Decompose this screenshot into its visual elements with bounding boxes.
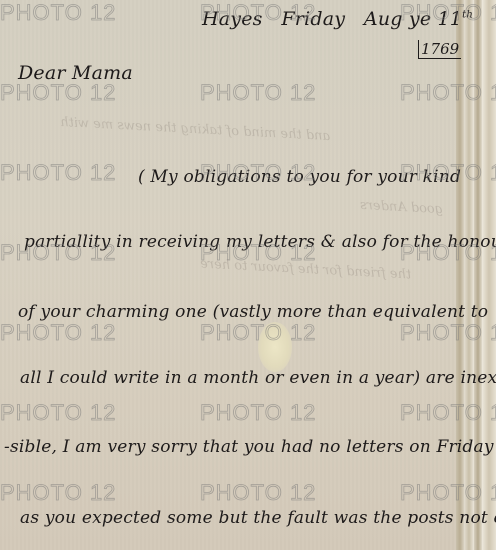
page-edge: [482, 0, 496, 550]
dateline-ordinal: th: [462, 10, 473, 21]
salutation: Dear Mama: [18, 62, 133, 84]
letter-line: -sible, I am very sorry that you had no …: [4, 437, 494, 457]
page-edge: [464, 0, 474, 550]
page-edge: [456, 0, 464, 550]
letter-line: of your charming one (vastly more than e…: [18, 302, 488, 322]
paper-stain: [258, 322, 292, 372]
letter-line: as you expected some but the fault was t…: [20, 508, 496, 528]
dateline: Hayes Friday Aug ye 11th: [202, 8, 473, 30]
dateline-day-number: ye 11: [409, 8, 462, 30]
dateline-year: 1769: [418, 40, 461, 59]
page-edge: [474, 0, 482, 550]
dateline-place: Hayes: [202, 8, 263, 30]
letter-line: partiallity in receiving my letters & al…: [24, 232, 496, 252]
dateline-day: Friday: [281, 8, 345, 30]
dateline-month: Aug: [364, 8, 403, 30]
letter-line: ( My obligations to you for your kind: [138, 167, 461, 187]
letter-line: all I could write in a month or even in …: [20, 368, 496, 388]
